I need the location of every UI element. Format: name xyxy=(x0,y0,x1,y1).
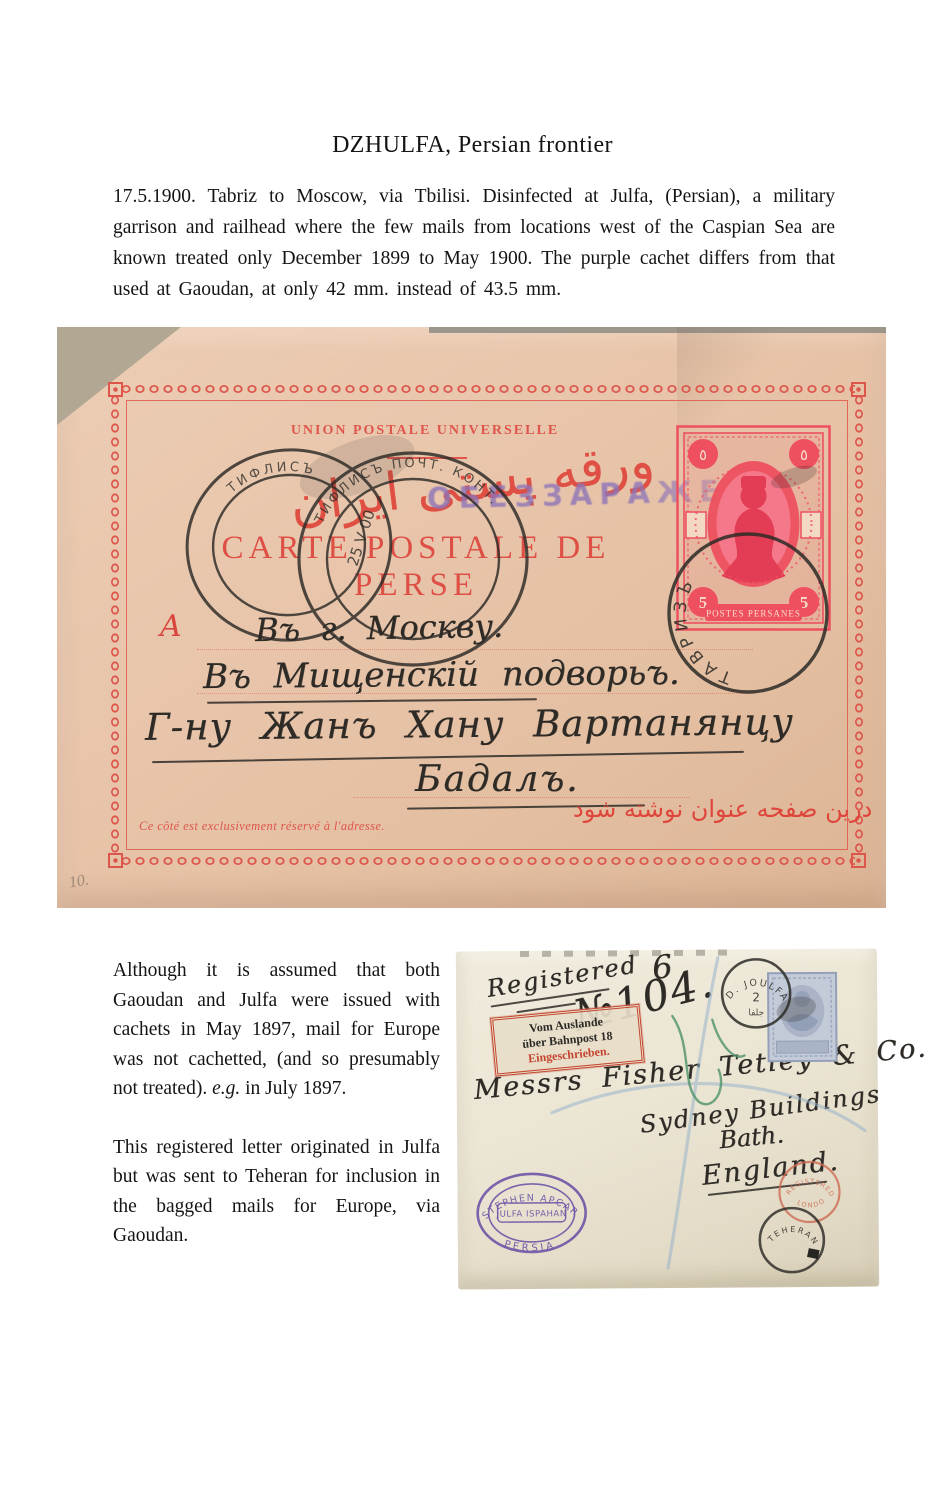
ink-blot xyxy=(807,1248,820,1259)
transit-date: 25 V 00 xyxy=(344,508,379,569)
page-title: DZHULFA, Persian frontier xyxy=(0,132,945,159)
lion-sun-stamp xyxy=(768,973,837,1061)
tabriz-ring-text: ТАВРИЗЪ xyxy=(671,573,736,687)
teheran-ring-text: TEHERAN xyxy=(766,1225,821,1248)
cachet-line-3: PERSIA xyxy=(503,1238,558,1254)
ink-smudge xyxy=(768,461,819,493)
svg-text:ТАВРИЗЪ: ТАВРИЗЪ xyxy=(671,573,736,687)
tabriz-postmark xyxy=(669,534,827,692)
postcard-scan: UNION POSTALE UNIVERSELLE ورقه پستی ایرا… xyxy=(57,327,886,908)
caption-paragraph-2: This registered letter originated in Jul… xyxy=(113,1133,440,1251)
album-page: DZHULFA, Persian frontier 17.5.1900. Tab… xyxy=(0,0,945,1500)
svg-text:PERSIA: PERSIA xyxy=(503,1238,558,1254)
caption-eg: e.g. xyxy=(212,1078,240,1099)
svg-text:REGISTERED: REGISTERED xyxy=(784,1177,836,1199)
cachet-line-2: JULFA ISPAHAN xyxy=(496,1209,567,1219)
intro-paragraph: 17.5.1900. Tabriz to Moscow, via Tbilisi… xyxy=(113,181,835,305)
postmark-layer: ТИФЛИСЪ ТИФЛИСЪ ПОЧТ. КОНТ. 25 V 00 ТАВР… xyxy=(57,327,886,908)
caption-block: Although it is assumed that both Gaoudan… xyxy=(113,956,440,1251)
djoulfa-arabic: جلفا xyxy=(748,1008,764,1018)
djoulfa-day: 2 xyxy=(752,990,760,1004)
green-crayon-mark xyxy=(672,1015,745,1104)
svg-text:TEHERAN: TEHERAN xyxy=(766,1225,821,1248)
london-ring-top: REGISTERED xyxy=(784,1177,836,1199)
caption-1-tail: in July 1897. xyxy=(240,1078,346,1099)
envelope-marks-layer: D. JOULFA 2 جلفا STEPHEN APCAR JULFA ISP… xyxy=(456,949,879,1290)
caption-paragraph-1: Although it is assumed that both Gaoudan… xyxy=(113,956,440,1104)
envelope-scan: Registered 6 №104. Vom Auslande über Bah… xyxy=(456,949,879,1290)
